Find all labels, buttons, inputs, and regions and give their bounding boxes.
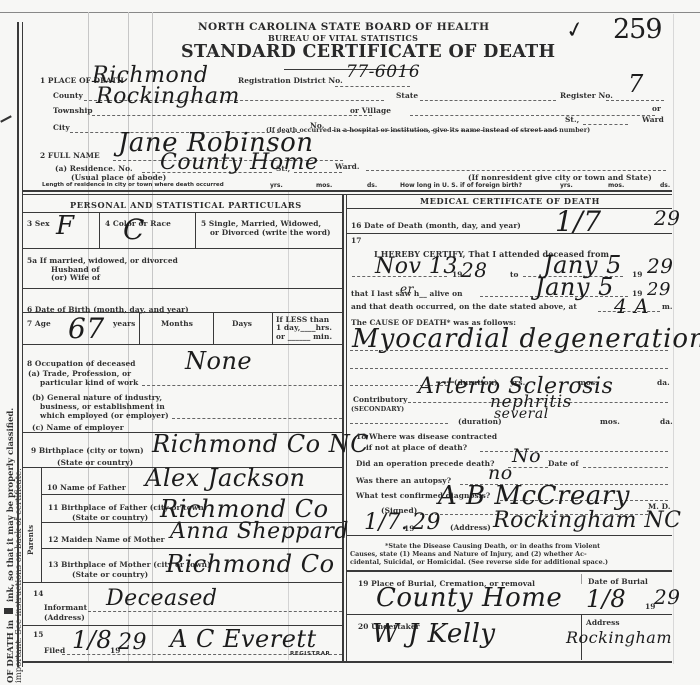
informant-value: Deceased	[106, 586, 218, 611]
address-value: Rockingham NC	[493, 508, 681, 533]
spouse-label-1: 5a If married, widowed, or divorced	[27, 256, 178, 265]
last-saw-year: 29	[647, 279, 671, 300]
autopsy-label: Was there an autopsy?	[356, 476, 451, 485]
secondary-label: (SECONDARY)	[351, 405, 404, 413]
occupation-value: None	[185, 347, 252, 375]
operation-line	[508, 467, 548, 468]
occupation-b-2: business, or establishment in	[40, 402, 165, 411]
section-rule-top-2	[22, 194, 672, 195]
attended-to-year: 29	[647, 254, 673, 278]
date-of-death-label: 16 Date of Death (month, day, and year)	[351, 221, 521, 230]
rule	[346, 614, 672, 615]
or-village-label: or Village	[350, 106, 391, 115]
register-no-value: 7	[628, 70, 644, 98]
occurred-label: and that death occurred, on the date sta…	[351, 302, 577, 311]
rule	[99, 212, 100, 248]
filed-num: 15	[33, 630, 44, 639]
birthplace-value: Richmond Co NC	[152, 430, 369, 458]
rule	[346, 535, 672, 536]
nonresident-note: (If nonresident give city or town and St…	[468, 173, 652, 182]
spouse-label-3: (or) Wife of	[51, 273, 100, 282]
burial-year: 29	[654, 585, 680, 609]
occupation-c: (c) Name of employer	[32, 423, 124, 432]
last-saw-her: er	[400, 282, 414, 296]
mother-birthplace-sub: (State or country)	[72, 570, 148, 579]
column-divider	[342, 194, 344, 661]
footnote-2: Causes, state (1) Means and Nature of In…	[350, 550, 587, 558]
rule	[346, 570, 672, 572]
register-no-line	[606, 100, 664, 101]
parents-label: Parents	[26, 525, 35, 555]
registration-district-line	[335, 86, 410, 87]
column-divider-2	[346, 194, 347, 661]
rule	[213, 312, 214, 344]
registrar-signature: A C Everett	[170, 625, 317, 653]
residence-ward-line	[294, 172, 342, 173]
county-value: Rockingham	[96, 84, 240, 109]
parents-divider	[41, 467, 42, 582]
date-of-death-year: 29	[654, 206, 680, 230]
mother-label: 12 Maiden Name of Mother	[48, 535, 165, 544]
sex-value: F	[56, 211, 75, 241]
top-rule	[0, 12, 700, 13]
rule	[195, 212, 196, 248]
marital-label-2: or Divorced (write the word)	[210, 228, 331, 237]
duration-da: da.	[657, 378, 670, 387]
contracted-line	[480, 451, 668, 452]
operation-value: No	[512, 445, 541, 467]
less-label-3: or ______ min.	[276, 332, 332, 341]
state-label: State	[396, 91, 418, 100]
attended-to-year-prefix: 19	[632, 270, 643, 279]
signed-year: 29	[412, 510, 441, 535]
agency-title: NORTH CAROLINA STATE BOARD OF HEALTH	[198, 21, 489, 33]
death-certificate: OF DEATH in ink, so that it may be prope…	[0, 0, 700, 685]
contributory-duration-line	[350, 423, 448, 424]
rule	[22, 288, 342, 289]
age-months-label: Months	[161, 319, 193, 328]
margin-pen-mark	[0, 115, 12, 122]
ward-line	[583, 124, 628, 125]
page-number: 259	[613, 14, 662, 45]
informant-num: 14	[33, 589, 44, 598]
age-label: 7 Age	[27, 319, 51, 328]
township-label: Township	[53, 106, 93, 115]
undertaker-address-label: Address	[586, 618, 620, 627]
county-label: County	[53, 91, 83, 100]
foreign-birth-label: How long in U. S. if of foreign birth?	[400, 182, 522, 189]
footnote-1: *State the Disease Causing Death, or in …	[385, 542, 600, 550]
footnote-3: cidental, Suicidal, or Homicidal. (See r…	[350, 558, 608, 566]
city-label: City	[53, 123, 70, 132]
occupation-a-line	[142, 385, 342, 386]
residence-st-label: St.,	[276, 164, 290, 173]
occupation-a-2: particular kind of work	[40, 378, 138, 387]
attended-from-line	[352, 276, 447, 277]
foreign-ds: ds.	[660, 182, 670, 189]
undertaker-address-value: Rockingham	[566, 628, 672, 647]
marital-label-1: 5 Single, Married, Widowed,	[201, 219, 321, 228]
contracted-label-2: if not at place of death?	[366, 443, 467, 452]
or-label: or	[652, 104, 661, 113]
rule	[22, 248, 342, 249]
age-days-label: Days	[232, 319, 252, 328]
rule	[22, 582, 342, 583]
father-value: Alex Jackson	[145, 464, 306, 492]
informant-address-label: (Address)	[44, 613, 85, 622]
certificate-title: STANDARD CERTIFICATE OF DEATH	[181, 42, 555, 62]
register-no-label: Register No.	[560, 91, 613, 100]
address-label: (Address)	[450, 523, 491, 532]
registration-district-value: 77-6016	[346, 62, 420, 82]
date-of-line	[583, 467, 668, 468]
registrar-label: REGISTRAR	[290, 651, 330, 657]
contributory-duration-value: several	[494, 406, 549, 422]
signed-date: 1/7.	[364, 510, 408, 535]
contracted-label-1: 18 Where was disease contracted	[356, 432, 497, 441]
check-mark: ✓	[564, 16, 588, 44]
birthplace-sub-label: (State or country)	[57, 458, 133, 467]
certify-num: 17	[351, 236, 362, 245]
rule	[41, 548, 342, 549]
contributory-label: Contributory	[353, 395, 408, 404]
frame-left	[17, 22, 19, 667]
nonresident-line	[366, 170, 666, 171]
frame-bottom	[22, 661, 672, 663]
contributory-da: da.	[660, 417, 673, 426]
registration-district-label: Registration District No.	[238, 76, 343, 85]
occupation-b-3: which employed (or employer)	[40, 411, 169, 420]
date-of-label: Date of	[548, 459, 579, 468]
attended-from-year: 28	[461, 258, 487, 282]
to-label: to	[510, 270, 519, 279]
filed-value: 1/8	[72, 626, 112, 654]
age-value: 67	[68, 312, 105, 345]
residence-label: (a) Residence. No.	[55, 164, 133, 173]
father-label: 10 Name of Father	[47, 483, 126, 492]
last-saw-value: Jany 5	[535, 273, 614, 301]
state-line	[420, 100, 556, 101]
m-label: m.	[662, 302, 673, 311]
personal-section-title: PERSONAL AND STATISTICAL PARTICULARS	[70, 200, 302, 210]
section-rule-top	[22, 190, 672, 192]
hospital-note: (If death occurred in a hospital or inst…	[266, 126, 590, 134]
length-yrs: yrs.	[270, 182, 283, 189]
mother-value: Anna Sheppard	[170, 519, 349, 544]
rule	[139, 312, 140, 344]
full-name-label: 2 FULL NAME	[40, 151, 100, 160]
length-of-residence-label: Length of residence in city or town wher…	[42, 182, 224, 188]
foreign-mos: mos.	[608, 182, 624, 189]
color-value: C	[123, 213, 145, 246]
fold-line-4	[288, 190, 289, 660]
rule	[581, 574, 582, 584]
operation-label: Did an operation precede death?	[356, 459, 495, 468]
occupation-a-1: (a) Trade, Profession, or	[28, 369, 131, 378]
cause-line	[350, 350, 668, 351]
foreign-yrs: yrs.	[560, 182, 573, 189]
filed-year: 29	[118, 630, 147, 655]
occupation-label: 8 Occupation of deceased	[27, 359, 136, 368]
signed-value: A B McCreary	[438, 481, 630, 511]
less-label-2: 1 day,____hrs.	[276, 323, 332, 332]
rule	[22, 344, 342, 345]
cause-line-2	[350, 368, 668, 369]
rule	[346, 233, 672, 234]
mother-birthplace-value: Richmond Co	[166, 550, 335, 578]
residence-ward-label: Ward.	[335, 162, 360, 171]
age-years-label: years	[113, 319, 135, 328]
father-birthplace-sub: (State or country)	[72, 513, 148, 522]
occurred-value: 4 A	[614, 294, 649, 318]
burial-place-value: County Home	[376, 583, 562, 613]
length-ds: ds.	[367, 182, 377, 189]
informant-label: Informant	[44, 603, 87, 612]
informant-line	[88, 611, 342, 612]
township-line	[92, 115, 372, 116]
village-line	[410, 115, 655, 116]
burial-date-value: 1/8	[586, 585, 626, 613]
contributory-mos: mos.	[600, 417, 620, 426]
sex-label: 3 Sex	[27, 219, 50, 228]
rule	[346, 208, 672, 209]
ward-label: Ward	[642, 115, 664, 124]
length-mos: mos.	[316, 182, 332, 189]
birthplace-label: 9 Birthplace (city or town)	[31, 446, 144, 455]
occupation-b-line	[172, 418, 342, 419]
rule	[272, 312, 273, 344]
residence-sub-label: (Usual place of abode)	[71, 173, 166, 182]
occupation-b-1: (b) General nature of industry,	[32, 393, 162, 402]
st-label: St.,	[565, 115, 579, 124]
undertaker-value: W J Kelly	[372, 619, 496, 649]
